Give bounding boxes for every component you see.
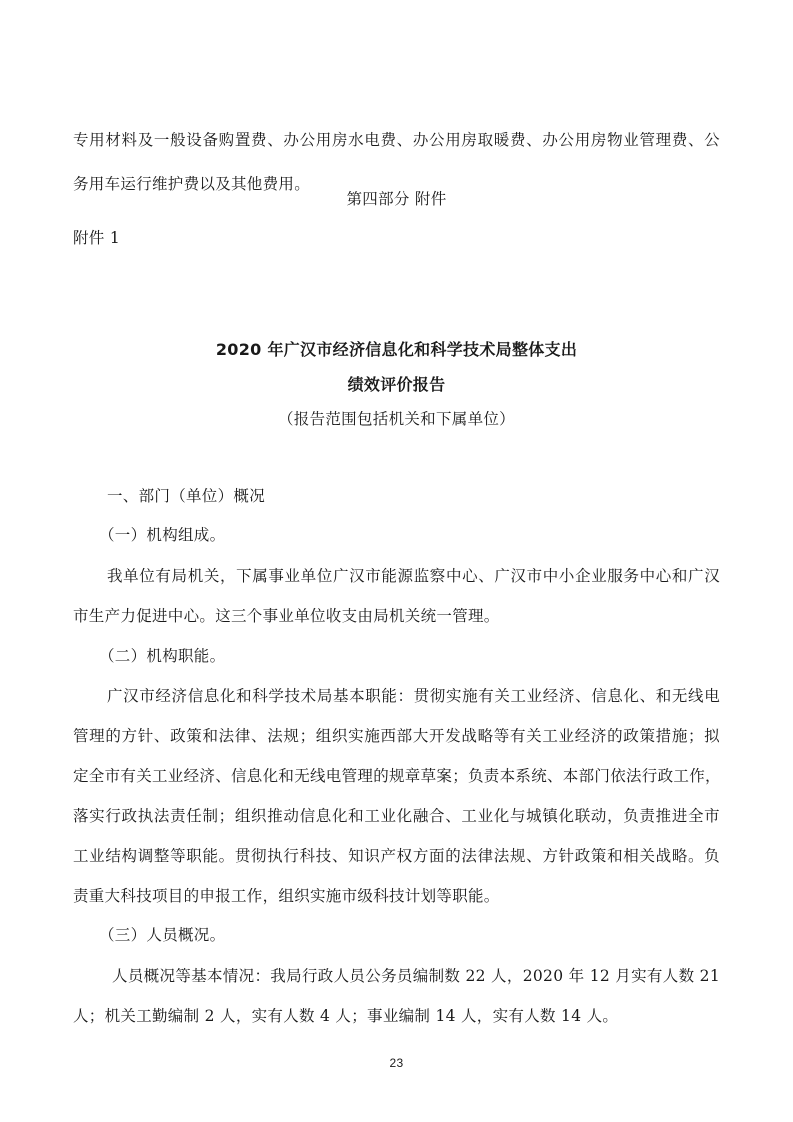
body-text-line: 管理的方针、政策和法律、法规；组织实施西部大开发战略等有关工业经济的政策措施；拟 — [73, 726, 720, 746]
report-title-line2: 绩效评价报告 — [0, 375, 793, 395]
subsection-heading: （二）机构职能。 — [99, 646, 225, 666]
section-heading: 一、部门（单位）概况 — [107, 486, 265, 506]
attachment-label: 附件 1 — [73, 228, 120, 248]
subsection-heading: （一）机构组成。 — [99, 525, 225, 545]
report-title: 2020 年广汉市经济信息化和科学技术局整体支出 — [0, 340, 793, 360]
report-subtitle: （报告范围包括机关和下属单位） — [0, 409, 793, 429]
body-text-line: 广汉市经济信息化和科学技术局基本职能：贯彻实施有关工业经济、信息化、和无线电 — [107, 686, 720, 706]
body-text-line: 定全市有关工业经济、信息化和无线电管理的规章草案；负责本系统、本部门依法行政工作… — [73, 766, 720, 786]
part-heading: 第四部分 附件 — [0, 189, 793, 209]
body-text-line: 专用材料及一般设备购置费、办公用房水电费、办公用房取暖费、办公用房物业管理费、公 — [73, 130, 720, 150]
body-text-line: 工业结构调整等职能。贯彻执行科技、知识产权方面的法律法规、方针政策和相关战略。负 — [73, 846, 720, 866]
body-text-line: 市生产力促进中心。这三个事业单位收支由局机关统一管理。 — [73, 606, 500, 626]
subsection-heading: （三）人员概况。 — [99, 925, 225, 945]
body-text-line: 责重大科技项目的申报工作，组织实施市级科技计划等职能。 — [73, 886, 500, 906]
body-text-line: 落实行政执法责任制；组织推动信息化和工业化融合、工业化与城镇化联动，负责推进全市 — [73, 806, 720, 826]
body-text-line: 人；机关工勤编制 2 人，实有人数 4 人；事业编制 14 人，实有人数 14 … — [73, 1006, 618, 1026]
body-text-line: 人员概况等基本情况：我局行政人员公务员编制数 22 人，2020 年 12 月实… — [112, 966, 720, 986]
page-number: 23 — [0, 1053, 793, 1073]
body-text-line: 我单位有局机关，下属事业单位广汉市能源监察中心、广汉市中小企业服务中心和广汉 — [107, 566, 720, 586]
document-page: 专用材料及一般设备购置费、办公用房水电费、办公用房取暖费、办公用房物业管理费、公… — [0, 0, 793, 1122]
